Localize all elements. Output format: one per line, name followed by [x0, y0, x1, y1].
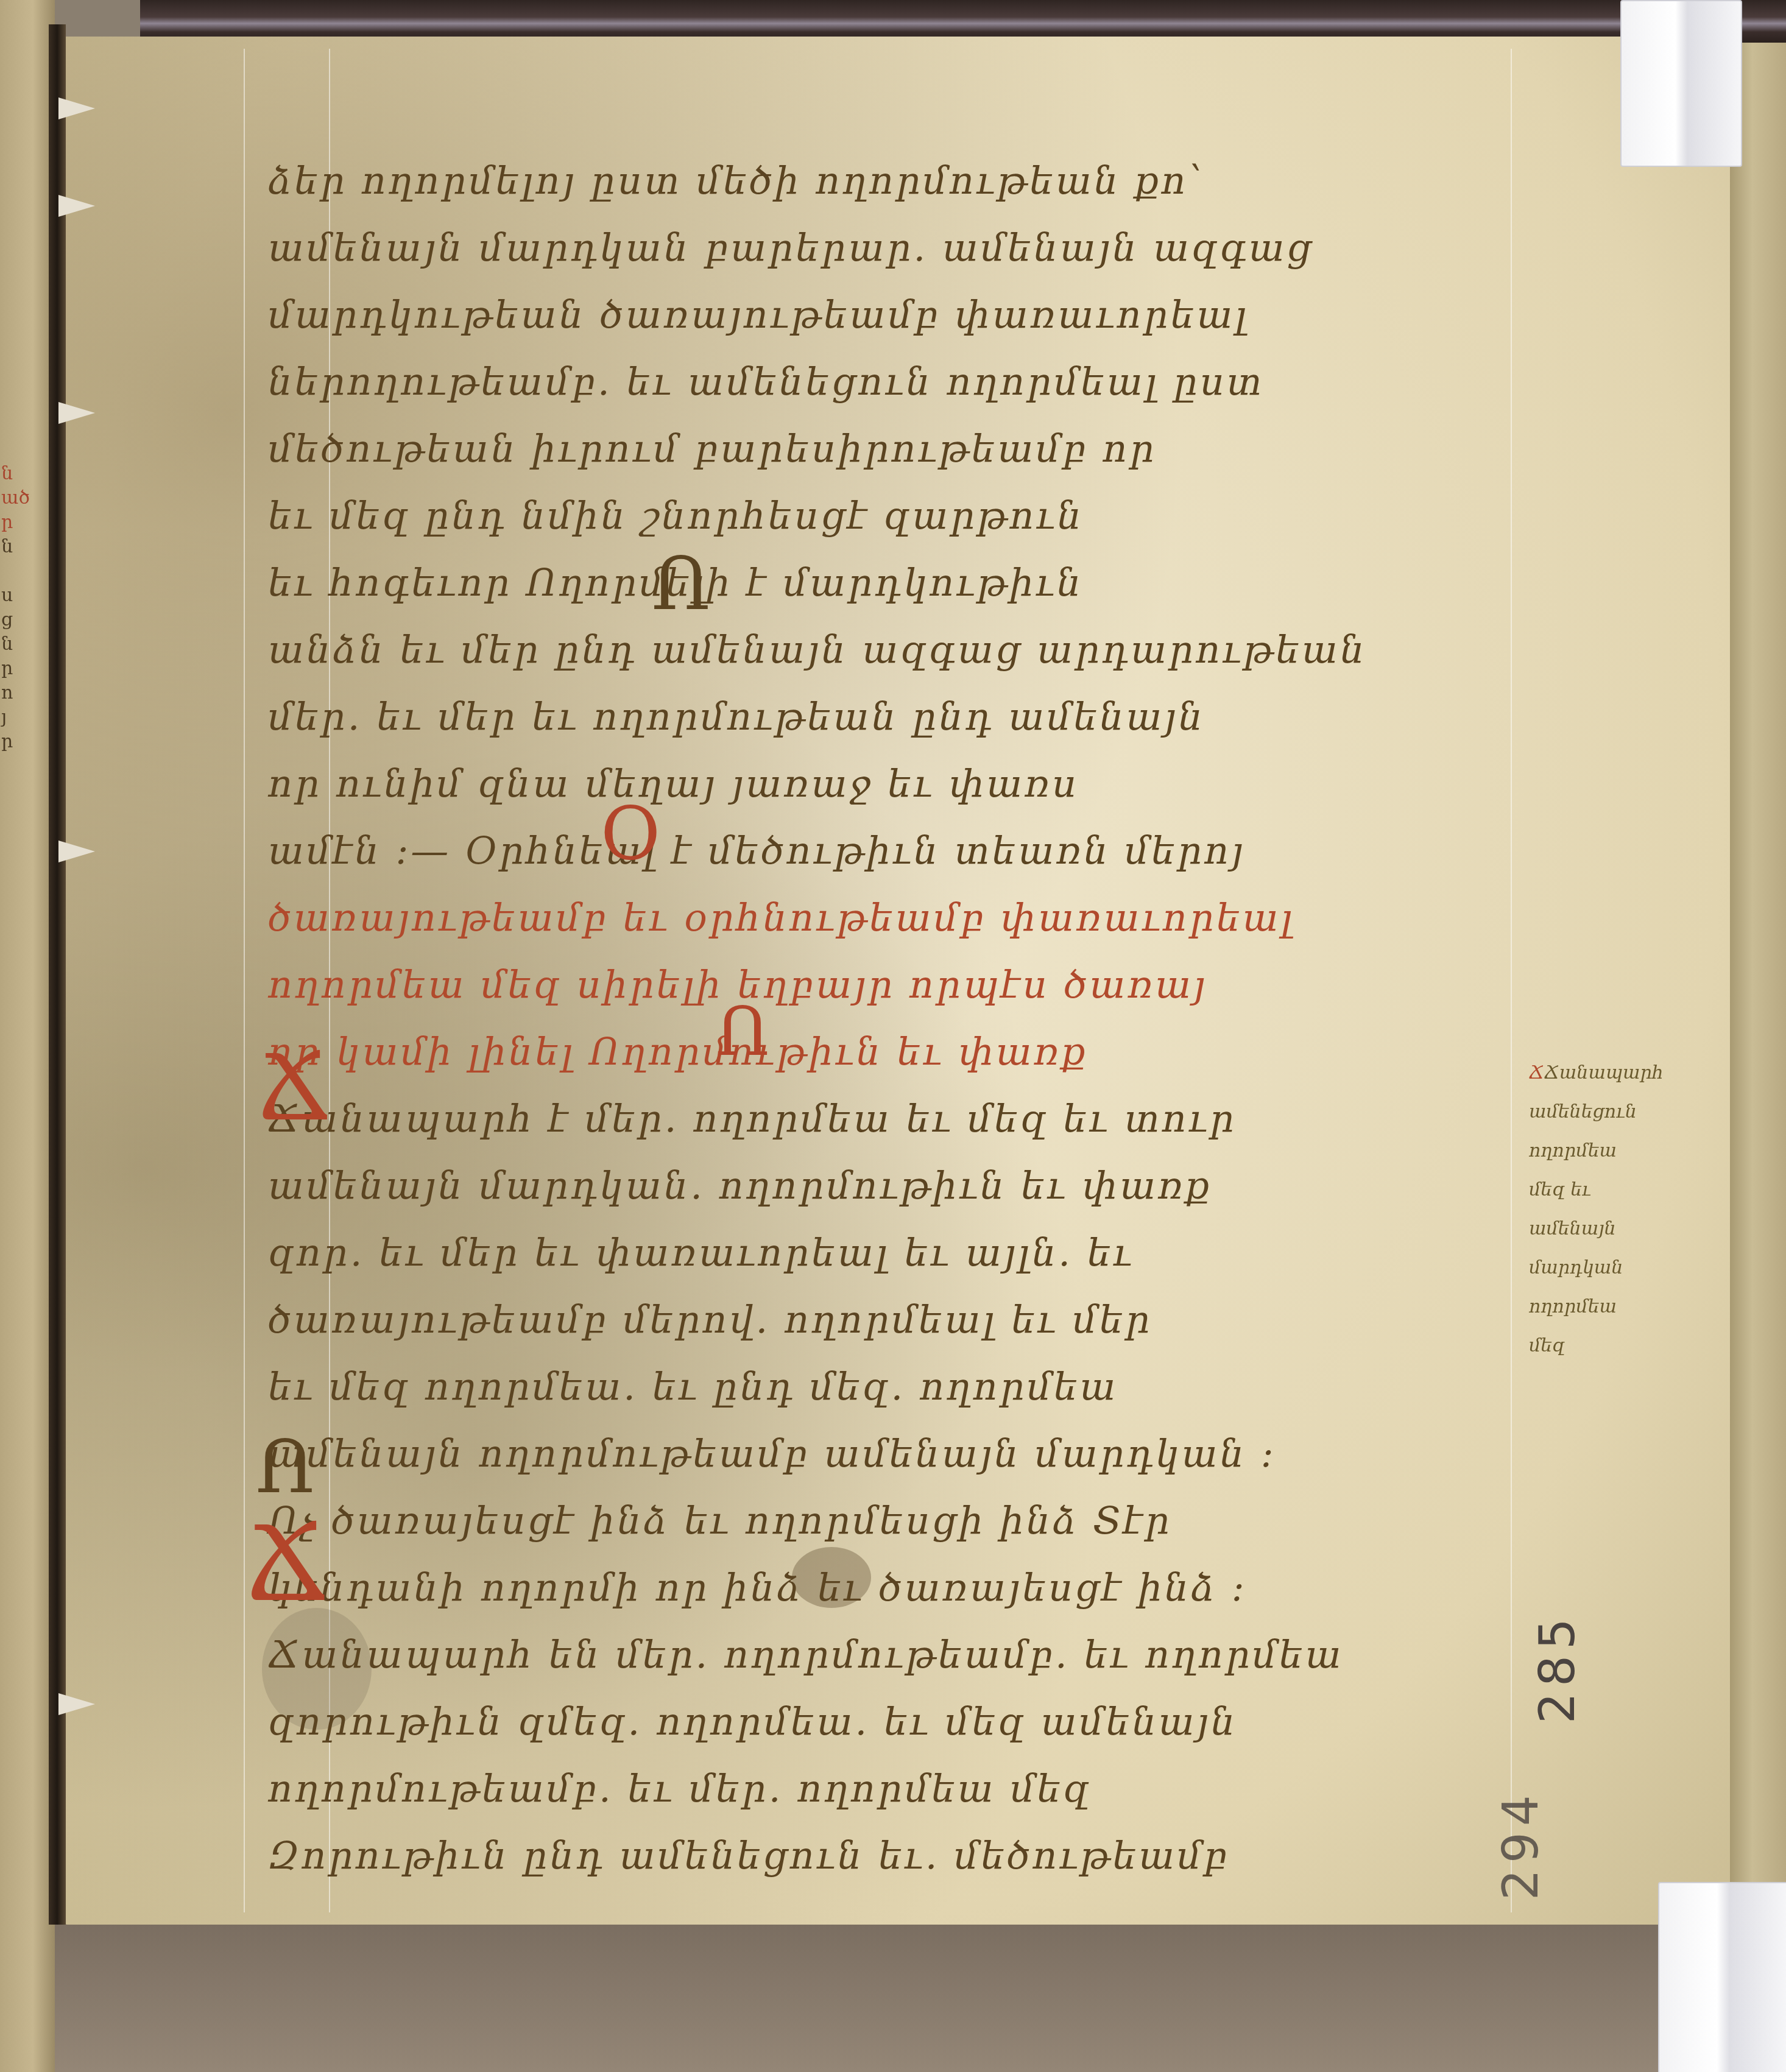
folio-number-lower: 294 [1492, 1789, 1549, 1900]
marginal-line: մեզ եւ [1529, 1171, 1730, 1210]
ruling-line [244, 49, 245, 1912]
sewing-notch [58, 402, 95, 424]
facing-fragment: ր [1, 658, 13, 679]
marginal-line: ողորմեա [1529, 1132, 1730, 1171]
text-line: անձն եւ մեր ընդ ամենայն ազգաց արդարութեա… [268, 627, 1366, 694]
rubric-line: ծառայութեամբ եւ օրհնութեամբ փառաւորեալ [268, 895, 1294, 962]
sewing-notch [58, 195, 95, 217]
facing-fragment: ած [1, 487, 30, 509]
marginal-line: ամենայն [1529, 1210, 1730, 1249]
text-line: ամենայն մարդկան. ողորմութիւն եւ փառք [268, 1163, 1212, 1230]
text-line: զոր. եւ մեր եւ փառաւորեալ եւ այլն. եւ [268, 1230, 1134, 1297]
facing-fragment: ն [1, 633, 13, 655]
text-line: ներողութեամբ. եւ ամենեցուն ողորմեալ ըստ [268, 359, 1264, 426]
marginal-line: մարդկան [1529, 1249, 1730, 1288]
facing-fragment: ց [1, 609, 13, 630]
text-line: Ոչ ծառայեսցէ ինձ եւ ողորմեսցի ինձ Տէր [268, 1498, 1172, 1565]
text-line: մարդկութեան ծառայութեամբ փառաւորեալ [268, 292, 1249, 359]
text-line: Ճանապարհ է մեր. ողորմեա եւ մեզ եւ տուր [268, 1096, 1237, 1163]
text-line: Զորութիւն ընդ ամենեցուն եւ. մեծութեամբ [268, 1833, 1229, 1900]
facing-fragment: ն [1, 536, 13, 557]
text-line: եւ մեզ ողորմեա. եւ ընդ մեզ. ողորմեա [268, 1364, 1118, 1431]
sewing-notch [58, 840, 95, 862]
table-surface [0, 1919, 1786, 2072]
facing-fragment: ս [1, 585, 13, 606]
text-line: ձեր ողորմելոյ ըստ մեծի ողորմութեան քո՝ [268, 158, 1204, 225]
facing-fragment: ո [1, 682, 13, 703]
text-line: Ճանապարհ են մեր. ողորմութեամբ. եւ ողորմե… [268, 1632, 1344, 1699]
facing-fragment: ր [1, 512, 13, 533]
text-line: զորութիւն զմեզ. ողորմեա. եւ մեզ ամենայն [268, 1699, 1237, 1766]
page-clip-bottom [1658, 1882, 1786, 2072]
rubric-initial: Օ [600, 792, 661, 876]
initial-letter: Ո [652, 542, 710, 627]
text-line-mixed: ամէն :— Օրհնեալ է մեծութիւն տեառն մերոյ [268, 828, 1245, 895]
facing-fragment: ն [1, 463, 13, 484]
text-line: ամենայն ողորմութեամբ ամենայն մարդկան : [268, 1431, 1276, 1498]
sewing-notch [58, 1693, 95, 1715]
sewing-notch [58, 97, 95, 119]
folio-number-upper: 285 [1529, 1612, 1586, 1724]
facing-fragment: յ [1, 707, 7, 728]
text-line: մեծութեան իւրում բարեսիրութեամբ որ [268, 426, 1156, 493]
right-page-edge [1730, 43, 1786, 1925]
page-clip-top [1620, 0, 1742, 167]
marginal-line: Ճանապարհ [1544, 1062, 1664, 1084]
margin-initial-red: Ճ [256, 1035, 333, 1141]
gutter-shadow [49, 24, 66, 1925]
rubric-line: որ կամի լինել Ողորմութիւն եւ փառք [268, 1029, 1088, 1096]
marginal-initial: Ճ [1529, 1062, 1544, 1084]
marginal-line: ողորմեա [1529, 1288, 1730, 1327]
rubric-initial: Ո [716, 993, 769, 1071]
facing-page: ն ած ր ն ս ց ն ր ո յ ր [0, 0, 55, 2072]
marginal-note: ՃՃանապարհ ամենեցուն ողորմեա մեզ եւ ամենա… [1529, 1054, 1730, 1365]
margin-initial: Ո [256, 1425, 314, 1510]
text-line: որ ունիմ զնա մեղայ յառաջ եւ փառս [268, 761, 1079, 828]
text-line: կենդանի ողորմի որ ինձ եւ ծառայեսցէ ինձ : [268, 1565, 1247, 1632]
text-line: ողորմութեամբ. եւ մեր. ողորմեա մեզ [268, 1766, 1092, 1833]
marginal-line: մեզ [1529, 1327, 1730, 1365]
margin-initial-red: Ճ [244, 1504, 331, 1625]
text-line: ամենայն մարդկան բարերար. ամենայն ազգաց [268, 225, 1313, 292]
ruling-line [1511, 49, 1512, 1912]
marginal-line: ամենեցուն [1529, 1093, 1730, 1132]
text-line: մեր. եւ մեր եւ ողորմութեան ընդ ամենայն [268, 694, 1205, 761]
text-line: ծառայութեամբ մերով. ողորմեալ եւ մեր [268, 1297, 1152, 1364]
facing-fragment: ր [1, 731, 13, 752]
